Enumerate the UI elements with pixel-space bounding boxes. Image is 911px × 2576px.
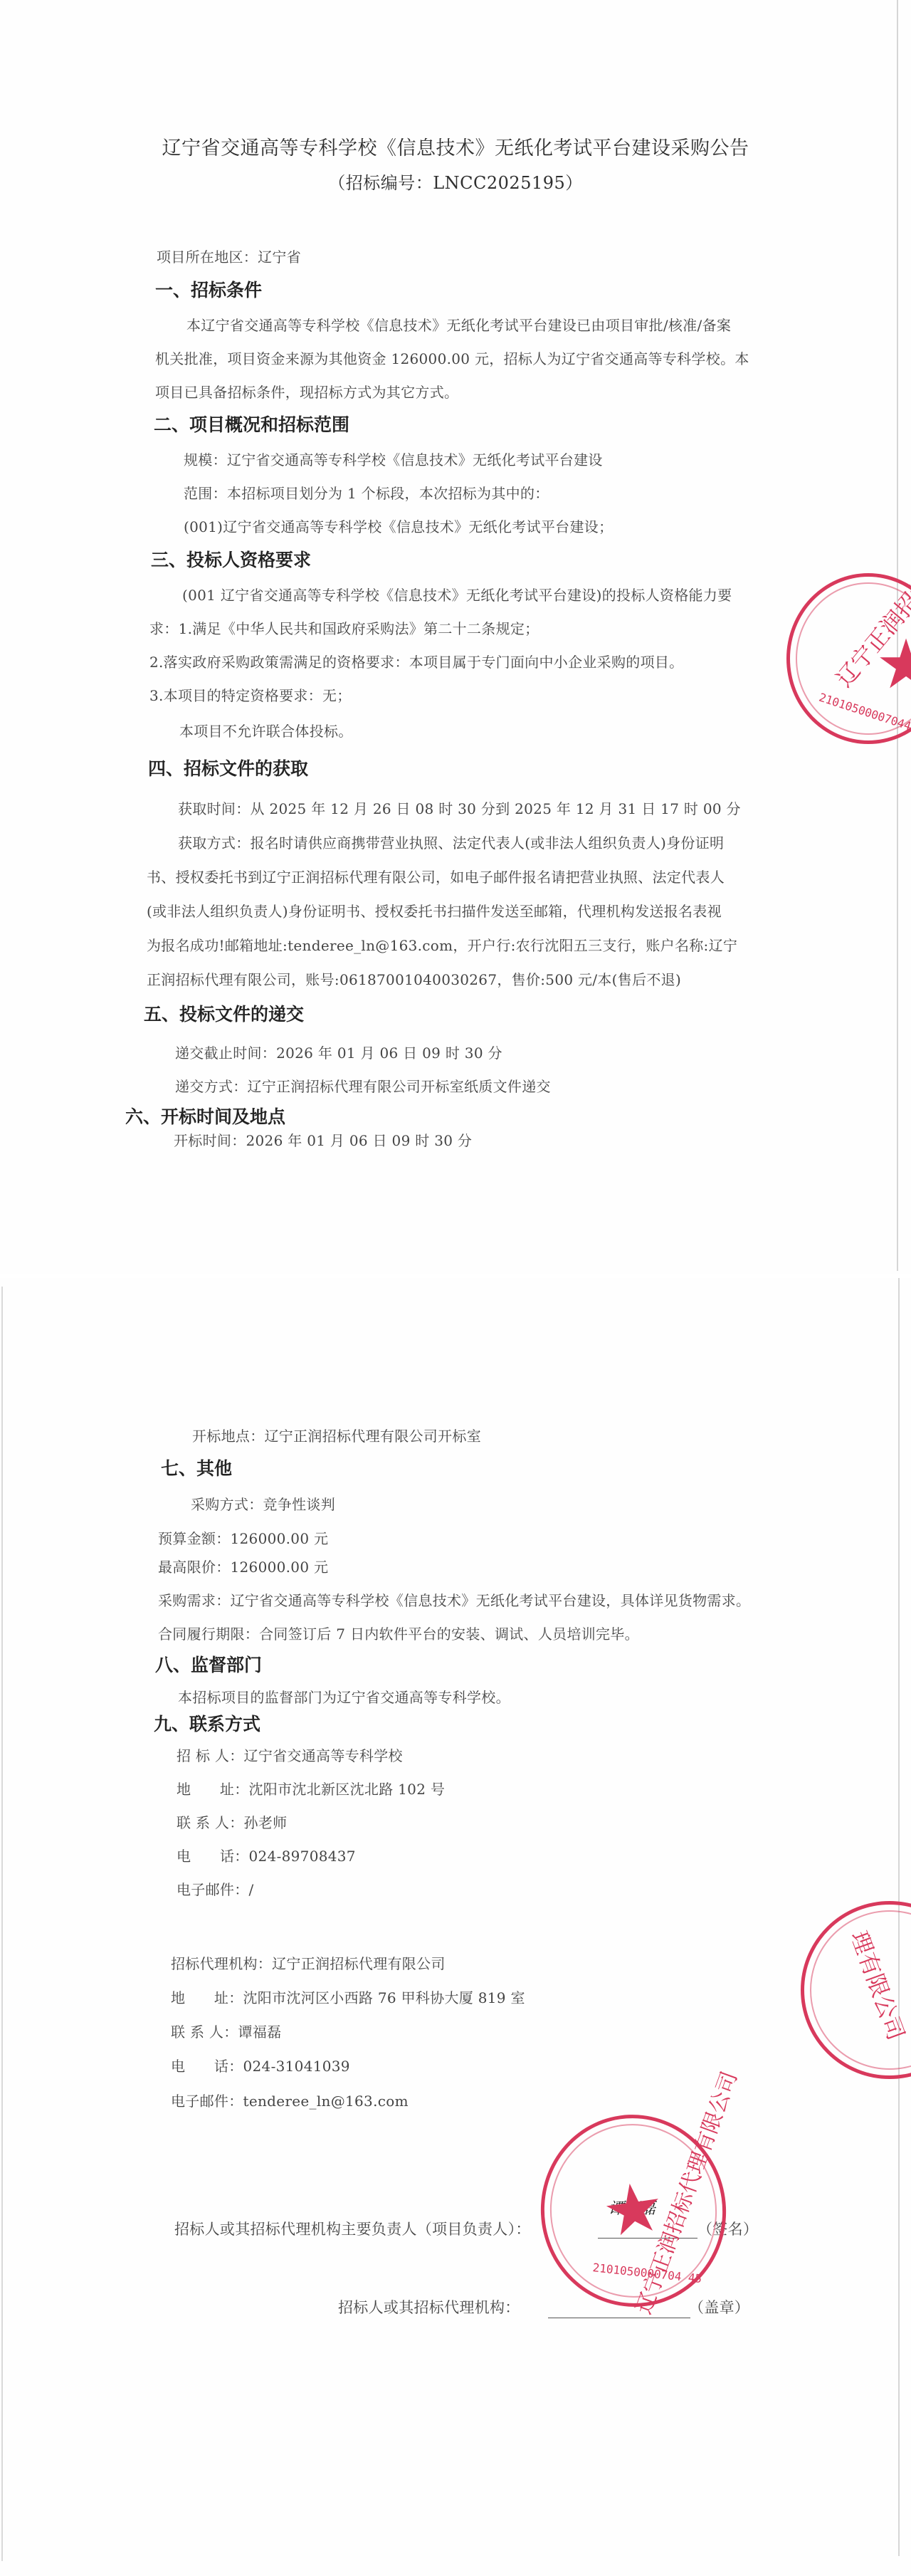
paragraph-line: 规模：辽宁省交通高等专科学校《信息技术》无纸化考试平台建设 (184, 449, 603, 469)
section-heading-4: 四、招标文件的获取 (148, 755, 308, 780)
paragraph-line: 书、授权委托书到辽宁正润招标代理有限公司，如电子邮件报名请把营业执照、法定代表人 (147, 866, 725, 886)
seal-line (548, 2318, 690, 2318)
document-page-2: 开标地点：辽宁正润招标代理有限公司开标室 七、其他 采购方式：竞争性谈判 预算金… (0, 1278, 911, 2576)
paragraph-line: 递交方式：辽宁正润招标代理有限公司开标室纸质文件递交 (175, 1075, 551, 1096)
section-heading-1: 一、招标条件 (155, 276, 262, 302)
agency-address: 地 址：沈阳市沈河区小西路 76 甲科协大厦 819 室 (171, 1986, 525, 2007)
paragraph-line: 为报名成功!邮箱地址:tenderee_ln@163.com，开户行:农行沈阳五… (147, 934, 737, 955)
tenderer-phone: 电 话：024-89708437 (177, 1845, 356, 1865)
agency-name: 招标代理机构：辽宁正润招标代理有限公司 (171, 1952, 446, 1973)
tenderer-contact: 联 系 人：孙老师 (177, 1811, 287, 1832)
paragraph-line: 本辽宁省交通高等专科学校《信息技术》无纸化考试平台建设已由项目审批/核准/备案 (186, 314, 731, 335)
paragraph-line: 采购需求：辽宁省交通高等专科学校《信息技术》无纸化考试平台建设，具体详见货物需求… (158, 1589, 750, 1610)
company-seal-partial: 辽宁正润招标代 ★ 21010500007044 (786, 573, 911, 744)
company-seal-partial: 理有限公司 (801, 1901, 911, 2079)
document-page-1: 辽宁省交通高等专科学校《信息技术》无纸化考试平台建设采购公告 （招标编号：LNC… (0, 0, 911, 1274)
section-heading-5: 五、投标文件的递交 (144, 1000, 304, 1026)
paragraph-line: 3.本项目的特定资格要求：无； (149, 684, 352, 705)
paragraph-line: 本项目不允许联合体投标。 (179, 720, 353, 740)
paragraph-line: 正润招标代理有限公司，账号:06187001040030267，售价:500 元… (147, 968, 681, 989)
paragraph-line: 求：1.满足《中华人民共和国政府采购法》第二十二条规定； (149, 617, 539, 638)
agency-seal-label: 招标人或其招标代理机构： (338, 2296, 520, 2318)
section-heading-7: 七、其他 (161, 1455, 232, 1480)
paragraph-line: 开标地点：辽宁正润招标代理有限公司开标室 (192, 1425, 481, 1445)
paragraph-line: (001)辽宁省交通高等专科学校《信息技术》无纸化考试平台建设； (184, 515, 613, 536)
tenderer-address: 地 址：沈阳市沈北新区沈北路 102 号 (177, 1778, 445, 1799)
page-edge (1, 1287, 3, 2561)
paragraph-line: 开标时间：2026 年 01 月 06 日 09 时 30 分 (174, 1129, 472, 1150)
paragraph-line: 本招标项目的监督部门为辽宁省交通高等专科学校。 (178, 1686, 510, 1707)
paragraph-line: 递交截止时间：2026 年 01 月 06 日 09 时 30 分 (175, 1042, 502, 1062)
paragraph-line: 机关批准，项目资金来源为其他资金 126000.00 元，招标人为辽宁省交通高等… (155, 347, 749, 368)
paragraph-line: 项目已具备招标条件，现招标方式为其它方式。 (155, 381, 458, 402)
agency-phone: 电 话：024-31041039 (171, 2055, 350, 2075)
paragraph-line: 范围：本招标项目划分为 1 个标段，本次招标为其中的： (184, 482, 549, 503)
section-heading-9: 九、联系方式 (154, 1710, 260, 1736)
document-title: 辽宁省交通高等专科学校《信息技术》无纸化考试平台建设采购公告 (0, 132, 911, 160)
paragraph-line: 获取方式：报名时请供应商携带营业执照、法定代表人(或非法人组织负责人)身份证明 (178, 832, 724, 852)
section-heading-6: 六、开标时间及地点 (125, 1103, 285, 1129)
star-icon: ★ (875, 630, 911, 698)
tenderer-email: 电子邮件：/ (177, 1878, 254, 1899)
project-region: 项目所在地区：辽宁省 (157, 246, 301, 266)
paragraph-line: 采购方式：竞争性谈判 (191, 1493, 335, 1514)
agency-email: 电子邮件：tenderee_ln@163.com (171, 2090, 409, 2110)
section-heading-8: 八、监督部门 (155, 1651, 262, 1677)
section-heading-2: 二、项目概况和招标范围 (154, 411, 349, 436)
paragraph-line: 2.落实政府采购政策需满足的资格要求：本项目属于专门面向中小企业采购的项目。 (149, 651, 683, 671)
tenderer-name: 招 标 人：辽宁省交通高等专科学校 (177, 1744, 403, 1765)
paragraph-line: (或非法人组织负责人)身份证明书、授权委托书扫描件发送至邮箱，代理机构发送报名表… (147, 900, 722, 921)
seal-suffix: （盖章） (689, 2296, 749, 2318)
paragraph-line: (001 辽宁省交通高等专科学校《信息技术》无纸化考试平台建设)的投标人资格能力… (182, 584, 732, 604)
company-seal: 辽宁正润招标代理有限公司 ★ 2101050000704 45 (528, 2103, 738, 2319)
budget-amount: 预算金额：126000.00 元 (158, 1527, 328, 1548)
paragraph-line: 合同履行期限：合同签订后 7 日内软件平台的安装、调试、人员培训完毕。 (158, 1623, 639, 1643)
section-heading-3: 三、投标人资格要求 (151, 546, 311, 572)
agency-contact: 联 系 人：谭福磊 (171, 2021, 281, 2041)
bid-number: （招标编号：LNCC2025195） (0, 169, 911, 194)
star-icon: ★ (598, 2171, 668, 2247)
principal-signature-label: 招标人或其招标代理机构主要负责人（项目负责人）： (174, 2218, 531, 2239)
paragraph-line: 获取时间：从 2025 年 12 月 26 日 08 时 30 分到 2025 … (178, 797, 741, 818)
max-price: 最高限价：126000.00 元 (158, 1556, 328, 1576)
